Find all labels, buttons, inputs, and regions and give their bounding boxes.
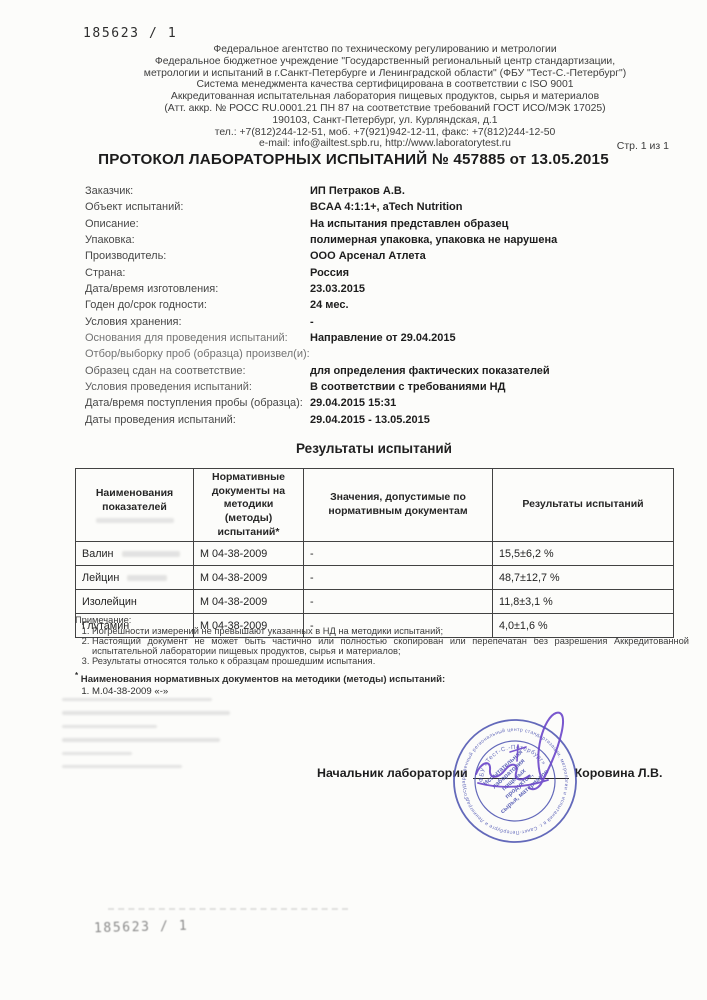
field-row: Даты проведения испытаний:29.04.2015 - 1… xyxy=(85,414,685,430)
col-header-indicator: Наименования показателей xyxy=(76,469,194,542)
field-label: Страна: xyxy=(85,267,125,279)
signature-tick xyxy=(510,745,526,761)
field-value: Направление от 29.04.2015 xyxy=(310,332,456,344)
field-label: Образец сдан на соответствие: xyxy=(85,365,246,377)
note-item: Настоящий документ не может быть частичн… xyxy=(92,637,689,657)
signature-squiggle xyxy=(476,763,529,779)
field-row: Дата/время изготовления:23.03.2015 xyxy=(85,283,685,299)
method-docs-section: * Наименования нормативных документов на… xyxy=(75,671,689,697)
letterhead-line: (Атт. аккр. № РОСС RU.0001.21 ПН 87 на с… xyxy=(100,103,670,115)
cell-method-doc: М 04-38-2009 xyxy=(194,566,304,590)
field-row: Условия проведения испытаний:В соответст… xyxy=(85,381,685,397)
ghost-smudge xyxy=(122,551,180,557)
table-row: Лейцин М 04-38-2009 - 48,7±12,7 % xyxy=(76,566,674,590)
field-row: Отбор/выборку проб (образца) произвел(и)… xyxy=(85,348,685,364)
col-header-label: Значения, допустимые по нормативным доку… xyxy=(328,491,467,517)
field-value: 29.04.2015 15:31 xyxy=(310,397,396,409)
field-label: Заказчик: xyxy=(85,185,133,197)
table-row: Валин М 04-38-2009 - 15,5±6,2 % xyxy=(76,542,674,566)
field-row: Заказчик:ИП Петраков А.В. xyxy=(85,185,685,201)
field-value: - xyxy=(310,316,314,328)
field-row: Условия хранения:- xyxy=(85,316,685,332)
field-row: Годен до/срок годности:24 мес. xyxy=(85,299,685,315)
field-value: В соответствии с требованиями НД xyxy=(310,381,505,393)
field-value: На испытания представлен образец xyxy=(310,218,508,230)
footnote-asterisk: * xyxy=(75,671,78,680)
field-row: Объект испытаний:BCAA 4:1:1+, aTech Nutr… xyxy=(85,201,685,217)
field-value: ООО Арсенал Атлета xyxy=(310,250,426,262)
notes-list: Погрешности измерений не превышают указа… xyxy=(75,627,689,667)
notes-section: Примечание: Погрешности измерений не пре… xyxy=(75,616,689,667)
field-row: Страна:Россия xyxy=(85,267,685,283)
field-value: 24 мес. xyxy=(310,299,349,311)
field-label: Годен до/срок годности: xyxy=(85,299,207,311)
letterhead-line: 190103, Санкт-Петербург, ул. Курляндская… xyxy=(100,115,670,127)
cell-allowed: - xyxy=(304,590,493,614)
field-label: Дата/время изготовления: xyxy=(85,283,218,295)
field-value: для определения фактических показателей xyxy=(310,365,550,377)
cell-result: 11,8±3,1 % xyxy=(493,590,674,614)
field-label: Дата/время поступления пробы (образца): xyxy=(85,397,303,409)
protocol-title: ПРОТОКОЛ ЛАБОРАТОРНЫХ ИСПЫТАНИЙ № 457885… xyxy=(0,151,707,168)
field-row: Упаковка:полимерная упаковка, упаковка н… xyxy=(85,234,685,250)
field-label: Отбор/выборку проб (образца) произвел(и)… xyxy=(85,348,310,360)
cell-method-doc: М 04-38-2009 xyxy=(194,590,304,614)
field-row: Производитель:ООО Арсенал Атлета xyxy=(85,250,685,266)
letterhead-line: e-mail: info@ailtest.spb.ru, http://www.… xyxy=(100,138,670,150)
cell-allowed: - xyxy=(304,542,493,566)
letterhead-line: тел.: +7(812)244-12-51, моб. +7(921)942-… xyxy=(100,127,670,139)
ghost-smudge xyxy=(96,518,174,523)
doc-number-top: 185623 / 1 xyxy=(83,26,177,41)
field-row: Дата/время поступления пробы (образца):2… xyxy=(85,397,685,413)
ghost-line xyxy=(62,711,230,715)
notes-title: Примечание: xyxy=(75,616,689,626)
field-value: полимерная упаковка, упаковка не нарушен… xyxy=(310,234,557,246)
cell-result: 48,7±12,7 % xyxy=(493,566,674,590)
letterhead-line: Система менеджмента качества сертифициро… xyxy=(100,79,670,91)
doc-number-bottom: 185623 / 1 xyxy=(94,919,189,937)
field-label: Упаковка: xyxy=(85,234,135,246)
letterhead-line: Федеральное агентство по техническому ре… xyxy=(100,44,670,56)
field-label: Условия хранения: xyxy=(85,316,182,328)
method-doc-item: М.04-38-2009 «-» xyxy=(92,686,689,697)
signature-underline-flourish xyxy=(478,780,548,787)
results-section-title: Результаты испытаний xyxy=(75,441,673,456)
scanned-protocol-page: 185623 / 1 Федеральное агентство по техн… xyxy=(0,0,707,1000)
field-value: BCAA 4:1:1+, aTech Nutrition xyxy=(310,201,463,213)
field-value: 29.04.2015 - 13.05.2015 xyxy=(310,414,430,426)
signature-loop xyxy=(529,713,563,789)
ghost-line xyxy=(62,765,182,768)
table-row: Изолейцин М 04-38-2009 - 11,8±3,1 % xyxy=(76,590,674,614)
field-label: Объект испытаний: xyxy=(85,201,183,213)
letterhead: Федеральное агентство по техническому ре… xyxy=(100,44,670,150)
col-header-method-docs: Нормативные документы на методики (метод… xyxy=(194,469,304,542)
letterhead-line: Федеральное бюджетное учреждение "Госуда… xyxy=(100,56,670,68)
letterhead-line: метрологии и испытаний в г.Санкт-Петербу… xyxy=(100,68,670,80)
table-header-row: Наименования показателей Нормативные док… xyxy=(76,469,674,542)
field-row: Описание:На испытания представлен образе… xyxy=(85,218,685,234)
cell-indicator: Изолейцин xyxy=(76,590,194,614)
ghost-line xyxy=(62,698,212,701)
protocol-fields: Заказчик:ИП Петраков А.В. Объект испытан… xyxy=(85,185,685,430)
scan-artifact-rule xyxy=(108,908,348,910)
cell-indicator: Валин xyxy=(76,542,194,566)
cell-method-doc: М 04-38-2009 xyxy=(194,542,304,566)
letterhead-line: Аккредитованная испытательная лаборатори… xyxy=(100,91,670,103)
method-docs-title-text: Наименования нормативных документов на м… xyxy=(81,674,445,685)
col-header-label: Нормативные документы на методики (метод… xyxy=(212,471,285,538)
field-row: Основания для проведения испытаний:Напра… xyxy=(85,332,685,348)
field-value: ИП Петраков А.В. xyxy=(310,185,405,197)
cell-result: 15,5±6,2 % xyxy=(493,542,674,566)
field-label: Условия проведения испытаний: xyxy=(85,381,252,393)
col-header-label: Наименования показателей xyxy=(96,487,173,513)
col-header-results: Результаты испытаний xyxy=(493,469,674,542)
ghost-line xyxy=(62,752,132,755)
field-value: Россия xyxy=(310,267,349,279)
field-label: Производитель: xyxy=(85,250,166,262)
field-row: Образец сдан на соответствие:для определ… xyxy=(85,365,685,381)
method-docs-list: М.04-38-2009 «-» xyxy=(75,686,689,697)
method-docs-title: * Наименования нормативных документов на… xyxy=(75,671,689,685)
field-label: Основания для проведения испытаний: xyxy=(85,332,288,344)
field-value: 23.03.2015 xyxy=(310,283,365,295)
results-table: Наименования показателей Нормативные док… xyxy=(75,468,674,638)
cell-allowed: - xyxy=(304,566,493,590)
cell-indicator: Лейцин xyxy=(76,566,194,590)
ghost-smudge xyxy=(127,575,167,581)
indicator-name: Валин xyxy=(82,548,114,560)
signature-ink xyxy=(450,700,600,800)
ghost-line xyxy=(62,725,157,728)
col-header-allowed-values: Значения, допустимые по нормативным доку… xyxy=(304,469,493,542)
note-item: Результаты относятся только к образцам п… xyxy=(92,657,689,667)
indicator-name: Лейцин xyxy=(82,572,119,584)
field-label: Даты проведения испытаний: xyxy=(85,414,236,426)
field-label: Описание: xyxy=(85,218,139,230)
ghost-line xyxy=(62,738,220,742)
col-header-label: Результаты испытаний xyxy=(522,498,643,510)
scan-ghost-text xyxy=(62,698,230,778)
